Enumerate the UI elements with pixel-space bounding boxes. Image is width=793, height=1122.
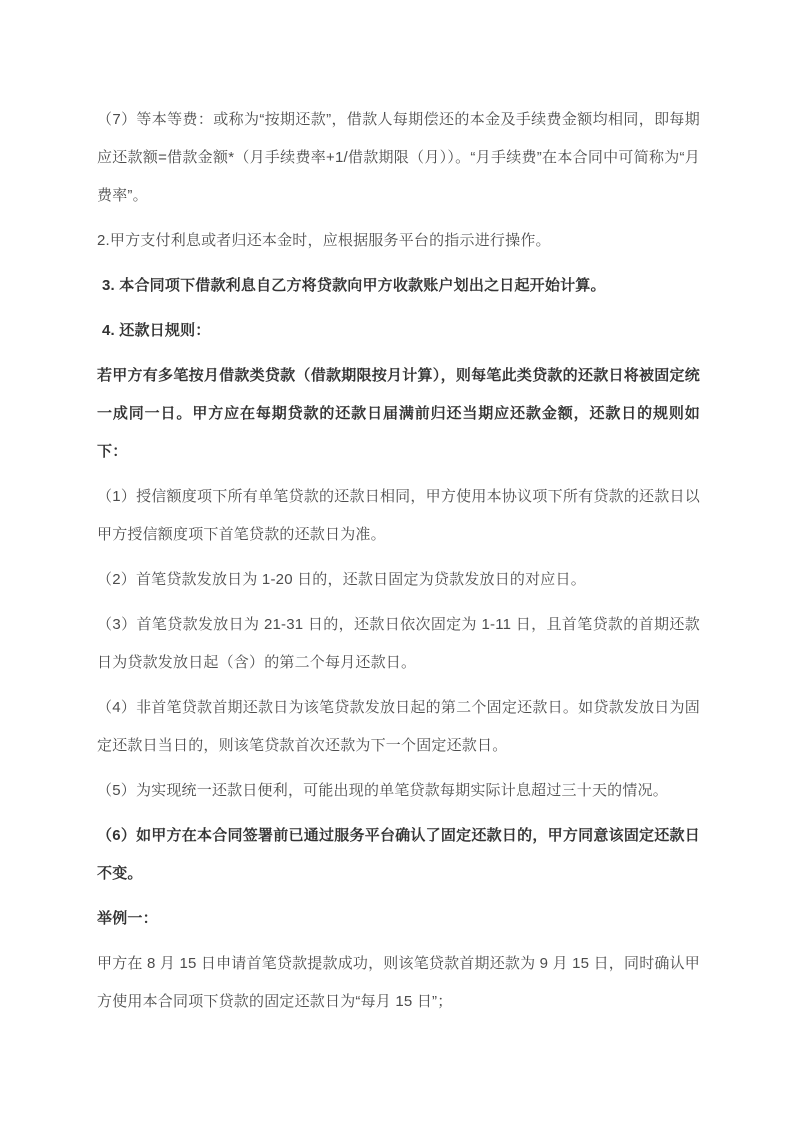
- paragraph: （6）如甲方在本合同签署前已通过服务平台确认了固定还款日的，甲方同意该固定还款日…: [97, 817, 700, 893]
- paragraph: 若甲方有多笔按月借款类贷款（借款期限按月计算），则每笔此类贷款的还款日将被固定统…: [97, 357, 700, 471]
- document-body: （7）等本等费：或称为“按期还款”，借款人每期偿还的本金及手续费金额均相同，即每…: [97, 101, 700, 1021]
- paragraph: （5）为实现统一还款日便利，可能出现的单笔贷款每期实际计息超过三十天的情况。: [97, 772, 700, 810]
- paragraph: （4）非首笔贷款首期还款日为该笔贷款发放日起的第二个固定还款日。如贷款发放日为固…: [97, 689, 700, 765]
- paragraph: 3. 本合同项下借款利息自乙方将贷款向甲方收款账户划出之日起开始计算。: [97, 267, 700, 305]
- paragraph: （3）首笔贷款发放日为 21-31 日的，还款日依次固定为 1-11 日，且首笔…: [97, 606, 700, 682]
- paragraph: （2）首笔贷款发放日为 1-20 日的，还款日固定为贷款发放日的对应日。: [97, 561, 700, 599]
- paragraph: （7）等本等费：或称为“按期还款”，借款人每期偿还的本金及手续费金额均相同，即每…: [97, 101, 700, 215]
- paragraph: 举例一：: [97, 900, 700, 938]
- paragraph: （1）授信额度项下所有单笔贷款的还款日相同，甲方使用本协议项下所有贷款的还款日以…: [97, 478, 700, 554]
- document-page: （7）等本等费：或称为“按期还款”，借款人每期偿还的本金及手续费金额均相同，即每…: [0, 0, 793, 1122]
- paragraph: 甲方在 8 月 15 日申请首笔贷款提款成功，则该笔贷款首期还款为 9 月 15…: [97, 945, 700, 1021]
- paragraph: 4. 还款日规则：: [97, 312, 700, 350]
- paragraph: 2.甲方支付利息或者归还本金时，应根据服务平台的指示进行操作。: [97, 222, 700, 260]
